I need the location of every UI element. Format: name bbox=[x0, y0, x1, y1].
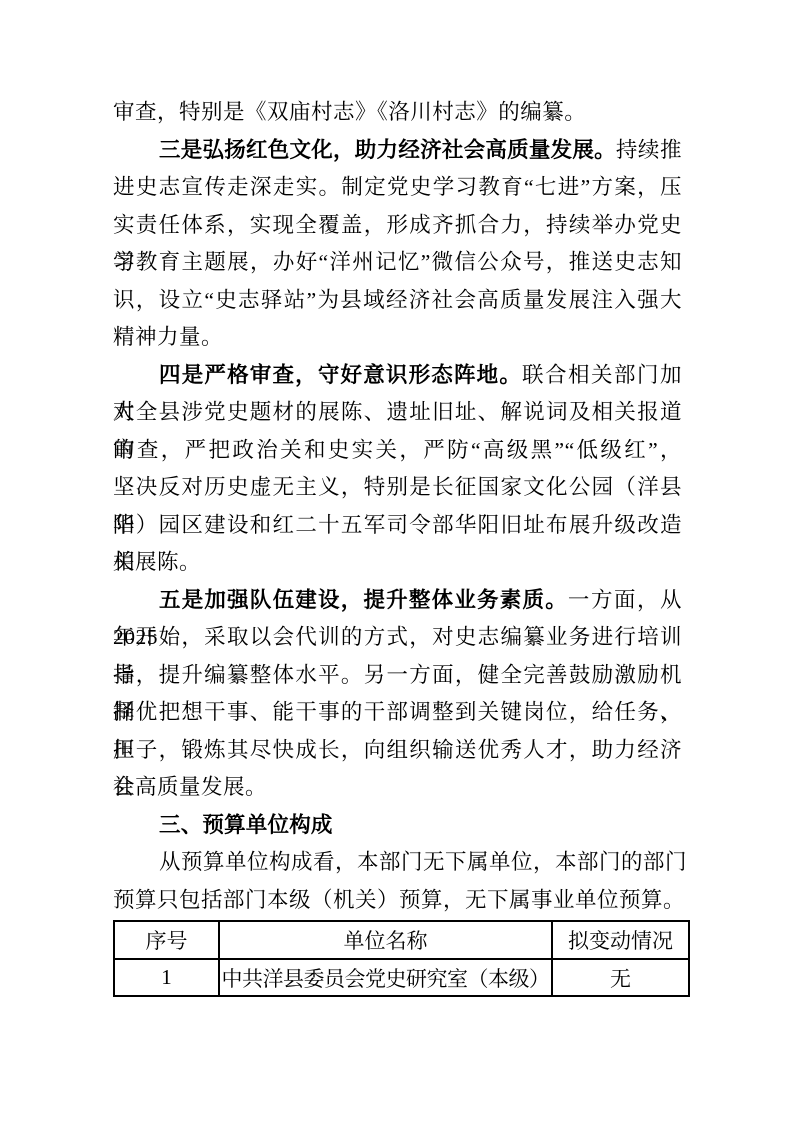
body-line: 实责任体系，实现全覆盖，形成齐抓合力，持续举办党史学 bbox=[113, 207, 682, 245]
body-line: 习教育主题展，办好“洋州记忆”微信公众号，推送史志知 bbox=[113, 244, 682, 282]
body-line: 从预算单位构成看，本部门无下属单位，本部门的部门 bbox=[113, 844, 682, 882]
cell-change: 无 bbox=[552, 959, 689, 996]
body-line: 预算只包括部门本级（机关）预算，无下属事业单位预算。 bbox=[113, 882, 682, 920]
line-text: 识，设立“史志驿站”为县域经济社会高质量发展注入强大 bbox=[113, 288, 682, 312]
section-heading: 三、预算单位构成 bbox=[113, 807, 682, 845]
body-line: 担子，锻炼其尽快成长，向组织输送优秀人才，助力经济社 bbox=[113, 732, 682, 770]
body-line: 审查，特别是《双庙村志》《洛川村志》的编纂。 bbox=[113, 94, 682, 132]
bold-lead: 四是严格审查，守好意识形态阵地。 bbox=[159, 363, 522, 387]
body-line: 审查，严把政治关和史实关，严防“高级黑”“低级红”， bbox=[113, 432, 682, 470]
cell-unit-name: 中共洋县委员会党史研究室（本级） bbox=[219, 959, 552, 996]
body-line: 阳）园区建设和红二十五军司令部华阳旧址布展升级改造相 bbox=[113, 507, 682, 545]
body-line: 四是严格审查，守好意识形态阵地。联合相关部门加大 bbox=[113, 357, 682, 395]
line-text: 习教育主题展，办好“洋州记忆”微信公众号，推送史志知 bbox=[113, 250, 682, 274]
body-line: 五是加强队伍建设，提升整体业务素质。一方面，从 2025 bbox=[113, 582, 682, 620]
table-row: 1 中共洋县委员会党史研究室（本级） 无 bbox=[114, 959, 689, 996]
budget-units-table: 序号 单位名称 拟变动情况 1 中共洋县委员会党史研究室（本级） 无 bbox=[113, 920, 690, 997]
header-cell-change: 拟变动情况 bbox=[552, 921, 689, 959]
body-text: 审查，特别是《双庙村志》《洛川村志》的编纂。 三是弘扬红色文化，助力经济社会高质… bbox=[113, 94, 682, 997]
line-text: 持续推 bbox=[616, 138, 682, 162]
line-text: 精神力量。 bbox=[113, 325, 223, 349]
table-header-row: 序号 单位名称 拟变动情况 bbox=[114, 921, 689, 959]
body-line: 年开始，采取以会代训的方式，对史志编纂业务进行培训指 bbox=[113, 619, 682, 657]
line-text: 关展陈。 bbox=[113, 550, 201, 574]
document-page: 审查，特别是《双庙村志》《洛川村志》的编纂。 三是弘扬红色文化，助力经济社会高质… bbox=[0, 0, 793, 1122]
body-line: 坚决反对历史虚无主义，特别是长征国家文化公园（洋县华 bbox=[113, 469, 682, 507]
body-line: 进史志宣传走深走实。制定党史学习教育“七进”方案，压 bbox=[113, 169, 682, 207]
bold-lead: 三是弘扬红色文化，助力经济社会高质量发展。 bbox=[159, 138, 616, 162]
body-line: 精神力量。 bbox=[113, 319, 682, 357]
header-cell-sequence: 序号 bbox=[114, 921, 219, 959]
line-text: 审查，特别是《双庙村志》《洛川村志》的编纂。 bbox=[113, 100, 586, 124]
body-line: 对全县涉党史题材的展陈、遗址旧址、解说词及相关报道的 bbox=[113, 394, 682, 432]
body-line: 会高质量发展。 bbox=[113, 769, 682, 807]
section-heading-text: 三、预算单位构成 bbox=[159, 813, 333, 837]
line-text: 会高质量发展。 bbox=[113, 775, 267, 799]
body-line: 识，设立“史志驿站”为县域经济社会高质量发展注入强大 bbox=[113, 282, 682, 320]
line-text: 进史志宣传走深走实。制定党史学习教育“七进”方案，压 bbox=[113, 175, 682, 199]
body-line: 择优把想干事、能干事的干部调整到关键岗位，给任务、压 bbox=[113, 694, 682, 732]
body-line: 关展陈。 bbox=[113, 544, 682, 582]
line-text: 审查，严把政治关和史实关，严防“高级黑”“低级红”， bbox=[113, 438, 682, 462]
header-cell-unit-name: 单位名称 bbox=[219, 921, 552, 959]
body-line: 三是弘扬红色文化，助力经济社会高质量发展。持续推 bbox=[113, 132, 682, 170]
bold-lead: 五是加强队伍建设，提升整体业务素质。 bbox=[159, 588, 568, 612]
line-text: 预算只包括部门本级（机关）预算，无下属事业单位预算。 bbox=[113, 888, 685, 912]
body-line: 导，提升编纂整体水平。另一方面，健全完善鼓励激励机制， bbox=[113, 657, 682, 695]
cell-sequence: 1 bbox=[114, 959, 219, 996]
line-text: 从预算单位构成看，本部门无下属单位，本部门的部门 bbox=[159, 850, 687, 874]
